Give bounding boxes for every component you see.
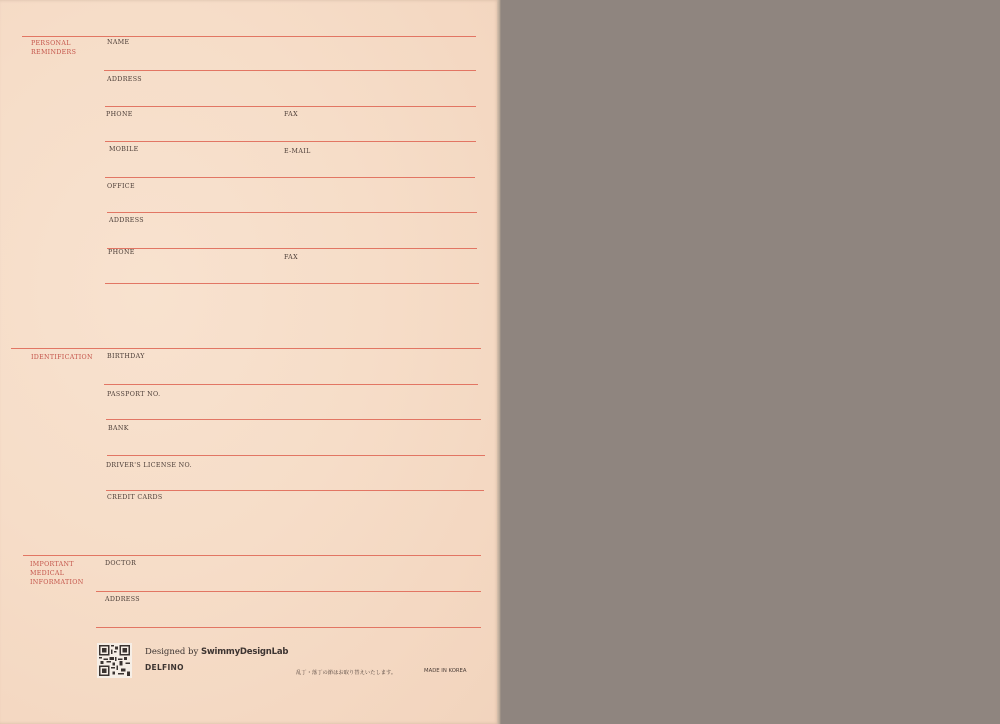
- field-drivers-license: DRIVER'S LICENSE NO.: [106, 462, 192, 469]
- section-label-personal-reminders: PERSONAL REMINDERS: [31, 39, 76, 57]
- field-address: ADDRESS: [107, 76, 142, 83]
- rule: [105, 283, 479, 284]
- rule: [105, 177, 475, 178]
- rule: [96, 627, 481, 628]
- field-fax: FAX: [284, 111, 298, 118]
- field-phone: PHONE: [106, 111, 133, 118]
- rule: [23, 555, 481, 556]
- rule: [107, 212, 477, 213]
- delfino-logo: DELFINO: [145, 663, 184, 672]
- field-office-address: ADDRESS: [109, 217, 144, 224]
- rule: [107, 455, 485, 456]
- replacement-notice: 乱丁・落丁の節はお取り替えいたします。: [296, 668, 396, 676]
- section-label-identification: IDENTIFICATION: [31, 353, 93, 362]
- designer-credit: Designed by SwimmyDesignLab: [145, 647, 288, 657]
- notebook-page: PERSONAL REMINDERS NAME ADDRESS PHONE FA…: [0, 0, 499, 724]
- section-label-medical-information: IMPORTANT MEDICAL INFORMATION: [30, 560, 84, 587]
- field-email: E-MAIL: [284, 148, 311, 155]
- made-in-label: MADE IN KOREA: [424, 668, 467, 674]
- field-doctor: DOCTOR: [105, 560, 136, 567]
- rule: [22, 36, 476, 37]
- field-credit-cards: CREDIT CARDS: [107, 494, 163, 501]
- designer-brand: SwimmyDesignLab: [201, 647, 288, 657]
- rule: [96, 591, 481, 592]
- field-office: OFFICE: [107, 183, 135, 190]
- rule: [104, 70, 476, 71]
- rule: [105, 141, 476, 142]
- field-mobile: MOBILE: [109, 146, 139, 153]
- rule: [107, 248, 477, 249]
- field-office-fax: FAX: [284, 254, 298, 261]
- field-name: NAME: [107, 39, 130, 46]
- rule: [105, 106, 476, 107]
- rule: [106, 490, 484, 491]
- field-office-phone: PHONE: [108, 249, 135, 256]
- field-birthday: BIRTHDAY: [107, 353, 145, 360]
- rule: [106, 419, 481, 420]
- field-passport: PASSPORT NO.: [107, 391, 160, 398]
- designed-by-text: Designed by: [145, 647, 201, 657]
- rule: [11, 348, 481, 349]
- field-medical-address: ADDRESS: [105, 596, 140, 603]
- rule: [104, 384, 478, 385]
- qr-code-icon: [97, 643, 132, 678]
- back-cover: [501, 0, 1000, 724]
- field-bank: BANK: [108, 425, 129, 432]
